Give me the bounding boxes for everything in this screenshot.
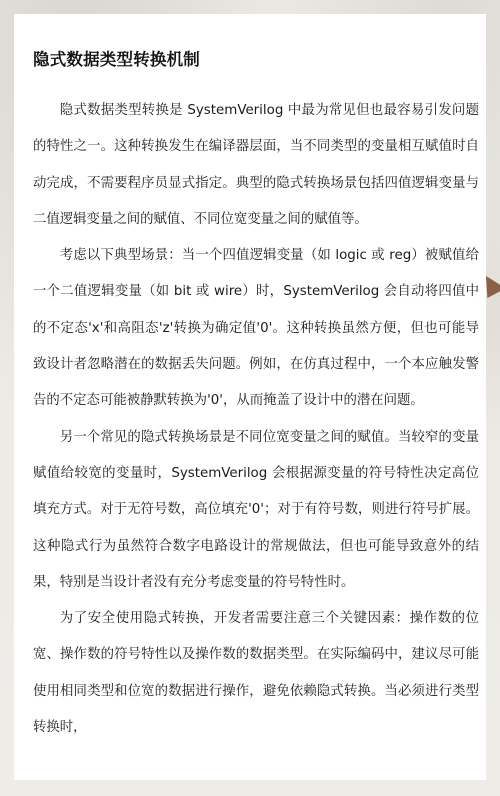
paragraph-4: 为了安全使用隐式转换，开发者需要注意三个关键因素：操作数的位宽、操作数的符号特性… (33, 601, 479, 746)
paragraph-3: 另一个常见的隐式转换场景是不同位宽变量之间的赋值。当较窄的变量赋值给较宽的变量时… (33, 420, 479, 601)
paragraph-1: 隐式数据类型转换是 SystemVerilog 中最为常见但也最容易引发问题的特… (33, 93, 479, 238)
page-title: 隐式数据类型转换机制 (33, 46, 200, 70)
paragraph-2: 考虑以下典型场景：当一个四值逻辑变量（如 logic 或 reg）被赋值给一个二… (33, 238, 479, 419)
document-page: 隐式数据类型转换机制 隐式数据类型转换是 SystemVerilog 中最为常见… (14, 14, 486, 780)
document-body: 隐式数据类型转换是 SystemVerilog 中最为常见但也最容易引发问题的特… (33, 93, 479, 746)
